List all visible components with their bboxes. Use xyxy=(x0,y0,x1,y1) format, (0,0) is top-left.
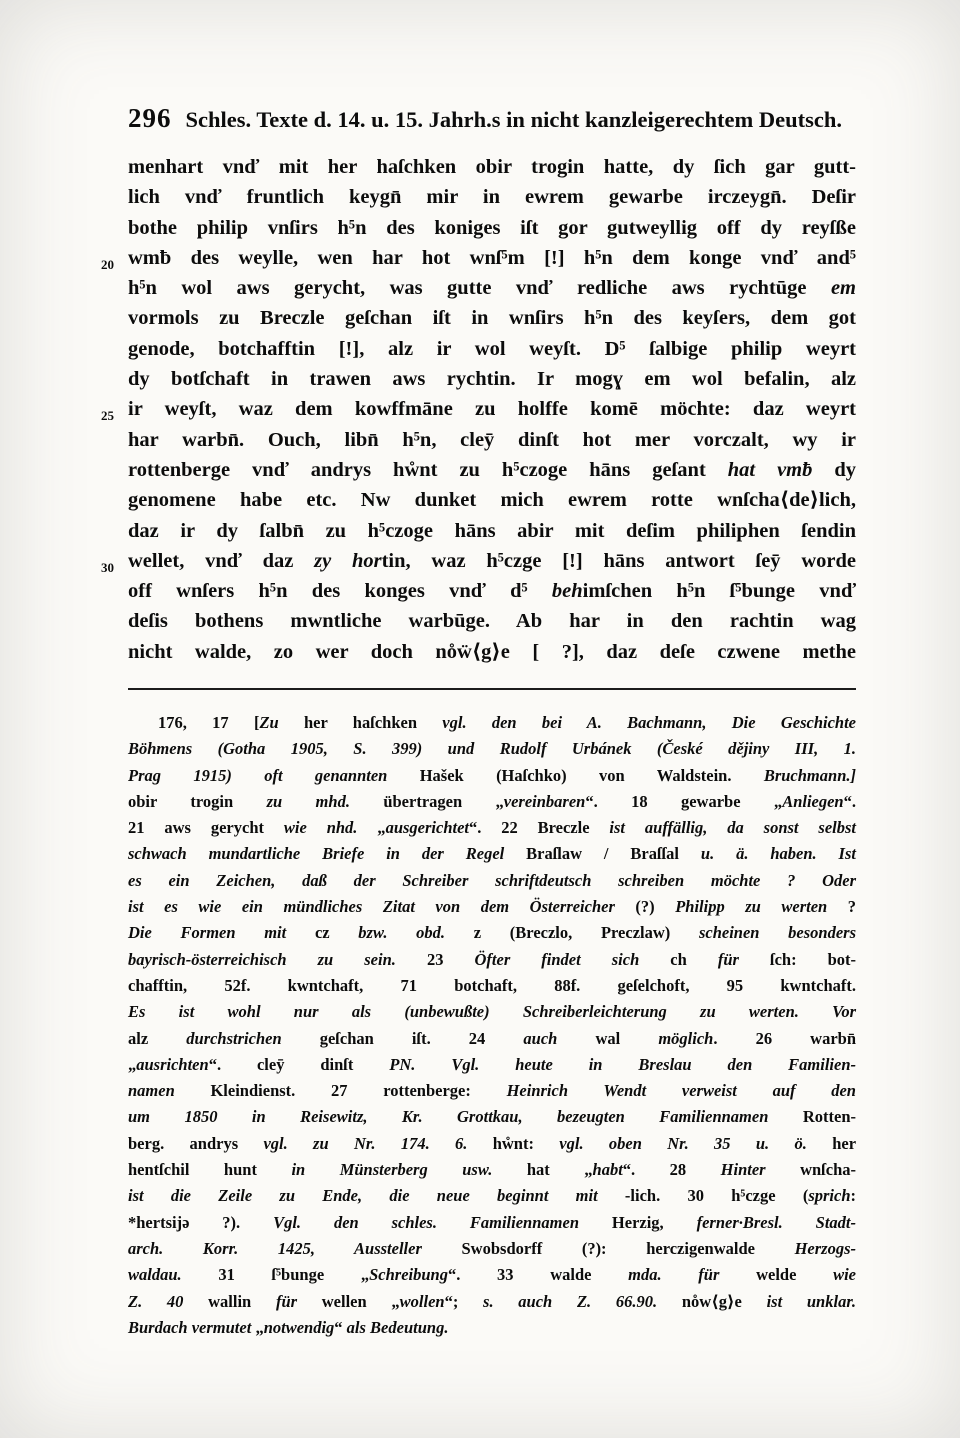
text-segment: chafftin, 52f. kwntchaft, 71 botchaft, 8… xyxy=(128,976,856,995)
text-line: genode, botchafftin [!], alz ir wol weyſ… xyxy=(128,334,856,364)
text-segment: lich vnď fruntlich keygn̄ mir in ewrem g… xyxy=(128,186,856,208)
margin-line-number: 25 xyxy=(101,401,114,431)
text-segment: bothe philip vnſirs h⁵n des koniges iſt … xyxy=(128,217,856,239)
text-segment: . 26 warbn̄ xyxy=(713,1029,856,1048)
text-segment: hentſchil hunt xyxy=(128,1160,291,1179)
italic-text-segment: u. ä. haben. Ist xyxy=(701,844,856,863)
italic-text-segment: vgl. den bei A. Bachmann, Die Geschichte xyxy=(442,713,856,732)
text-line: *hertsijə ?). Vgl. den schles. Familienn… xyxy=(128,1210,856,1236)
text-segment: ? xyxy=(827,897,856,916)
text-line: Prag 1915) oft genannten Hašek (Haſchko)… xyxy=(128,763,856,789)
italic-text-segment: waldau. xyxy=(128,1265,182,1284)
text-line: Es ist wohl nur als (unbewußte) Schreibe… xyxy=(128,999,856,1025)
italic-text-segment: in Münsterberg usw. xyxy=(291,1160,492,1179)
text-line: bothe philip vnſirs h⁵n des koniges iſt … xyxy=(128,213,856,243)
text-segment: 23 xyxy=(396,950,475,969)
text-segment xyxy=(799,1002,832,1021)
text-segment: ſch: bot- xyxy=(739,950,856,969)
italic-text-segment: ist auffällig, da sonst selbst xyxy=(609,818,856,837)
text-segment: berg. andrys xyxy=(128,1134,263,1153)
text-line: namen Kleindienst. 27 rottenberge: Heinr… xyxy=(128,1078,856,1104)
text-line: Z. 40 wallin für wellen „wollen“; s. auc… xyxy=(128,1289,856,1315)
text-segment: vormols zu Breczle geſchan iſt in wnſirs… xyxy=(128,307,856,329)
italic-text-segment: ausgerichtet xyxy=(386,818,469,837)
italic-text-segment: als Bedeutung. xyxy=(347,1318,449,1337)
italic-text-segment: habt xyxy=(593,1160,623,1179)
text-segment: z xyxy=(474,923,510,942)
text-line: alz durchstrichen geſchan iſt. 24 auch w… xyxy=(128,1026,856,1052)
italic-text-segment: arch. Korr. 1425, Aussteller xyxy=(128,1239,422,1258)
italic-text-segment: Die Formen mit xyxy=(128,923,315,942)
text-segment: “. 22 Breczle xyxy=(469,818,609,837)
text-segment: imſchen h⁵n ſ⁵bunge vnď xyxy=(583,580,856,602)
text-line: hentſchil hunt in Münsterberg usw. hat „… xyxy=(128,1157,856,1183)
footnotes-block: 176, 17 [Zu her haſchken vgl. den bei A.… xyxy=(128,710,856,1341)
italic-text-segment: Es ist wohl nur als (unbewußte) Schreibe… xyxy=(128,1002,799,1021)
text-segment: “. cleȳ dinſt xyxy=(209,1055,390,1074)
italic-text-segment: vgl. zu Nr. 174. 6. xyxy=(263,1134,467,1153)
text-segment: wnſcha- xyxy=(766,1160,856,1179)
text-line: 30wellet, vnď daz zy hortin, waz h⁵czge … xyxy=(128,546,856,576)
text-segment: Kleindienst. 27 rottenberge: xyxy=(175,1081,507,1100)
italic-text-segment: zy hor xyxy=(314,550,381,572)
text-line: h⁵n wol aws gerycht, was gutte vnď redli… xyxy=(128,273,856,303)
italic-text-segment: s. auch Z. 66.90. xyxy=(483,1292,657,1311)
text-line: nicht walde, zo wer doch no̊ẅ⟨g⟩e [ ?], … xyxy=(128,637,856,667)
text-segment: “. 33 walde xyxy=(448,1265,628,1284)
italic-text-segment: Schreibung xyxy=(369,1265,448,1284)
italic-text-segment: em xyxy=(831,277,856,299)
italic-text-segment: vgl. oben Nr. 35 u. ö. xyxy=(559,1134,807,1153)
text-segment: dy xyxy=(812,459,856,481)
text-segment: her haſchken xyxy=(279,713,443,732)
italic-text-segment: bzw. obd. xyxy=(358,923,473,942)
text-segment: her xyxy=(807,1134,856,1153)
text-segment: wellen „ xyxy=(297,1292,400,1311)
book-page-scan: 296 Schles. Texte d. 14. u. 15. Jahrh.s … xyxy=(0,0,960,1438)
text-segment: “ xyxy=(334,1318,346,1337)
text-line: har warbn̄. Ouch, libn̄ h⁵n, cleȳ dinſt … xyxy=(128,425,856,455)
text-segment: nicht walde, zo wer doch no̊ẅ⟨g⟩e [ ?], … xyxy=(128,641,856,663)
italic-text-segment: zu mhd. xyxy=(267,792,350,811)
text-segment: (?) xyxy=(615,897,675,916)
text-line: chafftin, 52f. kwntchaft, 71 botchaft, 8… xyxy=(128,973,856,999)
text-segment: Swobsdorff (?): herczigenwalde xyxy=(422,1239,795,1258)
text-segment: wallin xyxy=(183,1292,276,1311)
italic-text-segment: Anliegen xyxy=(782,792,843,811)
margin-line-number: 20 xyxy=(101,250,114,280)
italic-text-segment: namen xyxy=(128,1081,175,1100)
text-line: bayrisch-österreichisch zu sein. 23 Öfte… xyxy=(128,947,856,973)
italic-text-segment: hat vmƀ xyxy=(728,459,813,481)
text-line: menhart vnď mit her haſchken obir trogin… xyxy=(128,152,856,182)
text-segment: deſis bothens mwntliche warbūge. Ab har … xyxy=(128,610,856,632)
text-segment: genomene habe etc. Nw dunket mich ewrem … xyxy=(128,489,856,511)
italic-text-segment: ist es wie ein mündliches Zitat von dem … xyxy=(128,897,615,916)
italic-text-segment: bayrisch-österreichisch zu sein. xyxy=(128,950,396,969)
text-segment: genode, botchafftin [!], alz ir wol weyſ… xyxy=(128,338,856,360)
text-line: 176, 17 [Zu her haſchken vgl. den bei A.… xyxy=(128,710,856,736)
text-line: berg. andrys vgl. zu Nr. 174. 6. hẘnt: v… xyxy=(128,1131,856,1157)
text-line: 20wmƀ des weylle, wen har hot wnſ⁵m [!] … xyxy=(128,243,856,273)
italic-text-segment: Z. 40 xyxy=(128,1292,183,1311)
italic-text-segment: es ein Zeichen, daß der Schreiber schrif… xyxy=(128,871,856,890)
text-segment: „ xyxy=(128,1055,136,1074)
italic-text-segment: notwendig xyxy=(264,1318,335,1337)
italic-text-segment: möglich xyxy=(658,1029,713,1048)
text-segment: ch xyxy=(639,950,718,969)
text-line: genomene habe etc. Nw dunket mich ewrem … xyxy=(128,485,856,515)
text-line: Burdach vermutet „notwendig“ als Bedeutu… xyxy=(128,1315,856,1341)
italic-text-segment: scheinen besonders xyxy=(699,923,856,942)
italic-text-segment: auch xyxy=(523,1029,557,1048)
italic-text-segment: wie nhd. xyxy=(284,818,358,837)
italic-text-segment: Prag 1915) oft genannten xyxy=(128,766,420,785)
footnote-separator-rule xyxy=(128,688,856,690)
italic-text-segment: Bruchmann.] xyxy=(764,766,856,785)
italic-text-segment: Hinter xyxy=(721,1160,766,1179)
italic-text-segment: Böhmens (Gotha 1905, S. 399) und Rudolf … xyxy=(128,739,856,758)
text-segment: alz xyxy=(128,1029,186,1048)
text-line: 25ir weyſt, waz dem kowffmāne zu holffe … xyxy=(128,394,856,424)
text-segment: tin, waz h⁵czge [!] hāns antwort ſeȳ wor… xyxy=(382,550,856,572)
italic-text-segment: Vgl. den schles. Familiennamen xyxy=(273,1213,579,1232)
text-segment: *hertsijə ?). xyxy=(128,1213,273,1232)
main-text-block: menhart vnď mit her haſchken obir trogin… xyxy=(128,152,856,667)
text-segment: obir trogin xyxy=(128,792,267,811)
text-segment: „ xyxy=(357,818,385,837)
text-segment: menhart vnď mit her haſchken obir trogin… xyxy=(128,156,856,178)
text-segment: cz xyxy=(315,923,358,942)
italic-text-segment: ist die Zeile zu Ende, die neue beginnt … xyxy=(128,1186,625,1205)
text-segment: „ xyxy=(251,1318,263,1337)
text-segment: off wnſers h⁵n des konges vnď d⁵ xyxy=(128,580,552,602)
italic-text-segment: sprich xyxy=(808,1186,850,1205)
italic-text-segment: für xyxy=(276,1292,297,1311)
text-segment: 21 aws gerycht xyxy=(128,818,284,837)
text-line: lich vnď fruntlich keygn̄ mir in ewrem g… xyxy=(128,182,856,212)
text-line: off wnſers h⁵n des konges vnď d⁵ behimſc… xyxy=(128,576,856,606)
italic-text-segment: mda. für xyxy=(628,1265,719,1284)
text-segment: -lich. 30 h⁵czge ( xyxy=(625,1186,808,1205)
text-line: Die Formen mit cz bzw. obd. z (Breczlo, … xyxy=(128,920,856,946)
italic-text-segment: schwach mundartliche Briefe in der Regel xyxy=(128,844,526,863)
text-segment: “. xyxy=(844,792,856,811)
italic-text-segment: ferner·Bresl. Stadt- xyxy=(697,1213,856,1232)
italic-text-segment: Herzogs- xyxy=(795,1239,856,1258)
text-line: um 1850 in Reisewitz, Kr. Grottkau, beze… xyxy=(128,1104,856,1130)
text-segment: welde xyxy=(719,1265,833,1284)
italic-text-segment: für xyxy=(718,950,739,969)
text-segment: übertragen „ xyxy=(350,792,504,811)
text-segment: wmƀ des weylle, wen har hot wnſ⁵m [!] h⁵… xyxy=(128,247,856,269)
text-segment: geſchan iſt. 24 xyxy=(282,1029,524,1048)
text-line: es ein Zeichen, daß der Schreiber schrif… xyxy=(128,868,856,894)
italic-text-segment: Vor xyxy=(832,1002,856,1021)
italic-text-segment: Zu xyxy=(259,713,278,732)
italic-text-segment: Philipp zu werten xyxy=(675,897,827,916)
text-segment: “. 28 xyxy=(623,1160,721,1179)
text-line: schwach mundartliche Briefe in der Regel… xyxy=(128,841,856,867)
italic-text-segment: ausrichten xyxy=(136,1055,208,1074)
italic-text-segment: Öfter findet sich xyxy=(475,950,640,969)
text-segment: wal xyxy=(557,1029,658,1048)
text-line: obir trogin zu mhd. übertragen „vereinba… xyxy=(128,789,856,815)
text-segment: rottenberge vnď andrys hẘnt zu h⁵czoge h… xyxy=(128,459,728,481)
text-segment: Herzig, xyxy=(579,1213,697,1232)
text-segment: “; xyxy=(445,1292,483,1311)
italic-text-segment: durchstrichen xyxy=(186,1029,281,1048)
italic-text-segment: um 1850 in Reisewitz, Kr. Grottkau, beze… xyxy=(128,1107,768,1126)
text-segment: h⁵n wol aws gerycht, was gutte vnď redli… xyxy=(128,277,831,299)
italic-text-segment: wie xyxy=(833,1265,856,1284)
margin-line-number: 30 xyxy=(101,553,114,583)
text-line: rottenberge vnď andrys hẘnt zu h⁵czoge h… xyxy=(128,455,856,485)
text-segment: Rotten- xyxy=(768,1107,856,1126)
text-segment: (Breczlo, Preczlaw) xyxy=(510,923,699,942)
text-line: ist die Zeile zu Ende, die neue beginnt … xyxy=(128,1183,856,1209)
text-line: Böhmens (Gotha 1905, S. 399) und Rudolf … xyxy=(128,736,856,762)
italic-text-segment: beh xyxy=(552,580,583,602)
text-line: vormols zu Breczle geſchan iſt in wnſirs… xyxy=(128,303,856,333)
text-segment: daz ir dy ſalbn̄ zu h⁵czoge hāns abir mi… xyxy=(128,520,856,542)
italic-text-segment: Burdach vermutet xyxy=(128,1318,251,1337)
text-line: „ausrichten“. cleȳ dinſt PN. Vgl. heute … xyxy=(128,1052,856,1078)
text-segment: no̊w⟨g⟩e xyxy=(657,1292,766,1311)
italic-text-segment: PN. Vgl. heute in Breslau den Familien- xyxy=(389,1055,856,1074)
italic-text-segment: ist unklar. xyxy=(767,1292,856,1311)
text-segment: har warbn̄. Ouch, libn̄ h⁵n, cleȳ dinſt … xyxy=(128,429,856,451)
text-line: daz ir dy ſalbn̄ zu h⁵czoge hāns abir mi… xyxy=(128,516,856,546)
text-segment: : xyxy=(851,1186,857,1205)
italic-text-segment: Heinrich Wendt verweist auf den xyxy=(507,1081,856,1100)
text-segment: hẘnt: xyxy=(467,1134,559,1153)
text-segment: Hašek (Haſchko) von Waldstein. xyxy=(420,766,764,785)
text-segment: hat „ xyxy=(492,1160,592,1179)
text-line: ist es wie ein mündliches Zitat von dem … xyxy=(128,894,856,920)
text-segment: Braſlaw / Braſſal xyxy=(526,844,701,863)
text-line: arch. Korr. 1425, Aussteller Swobsdorff … xyxy=(128,1236,856,1262)
italic-text-segment: vereinbaren xyxy=(504,792,586,811)
text-segment: wellet, vnď daz xyxy=(128,550,314,572)
running-header: 296 Schles. Texte d. 14. u. 15. Jahrh.s … xyxy=(128,103,856,134)
text-segment: ir weyſt, waz dem kowffmāne zu holffe ko… xyxy=(128,398,856,420)
italic-text-segment: wollen xyxy=(400,1292,445,1311)
text-segment: “. 18 gewarbe „ xyxy=(585,792,782,811)
text-line: waldau. 31 ſ⁵bunge „Schreibung“. 33 wald… xyxy=(128,1262,856,1288)
text-segment: dy botſchaft in trawen aws rychtin. Ir m… xyxy=(128,368,856,390)
text-line: 21 aws gerycht wie nhd. „ausgerichtet“. … xyxy=(128,815,856,841)
text-segment: 176, 17 [ xyxy=(158,713,259,732)
text-line: deſis bothens mwntliche warbūge. Ab har … xyxy=(128,606,856,636)
text-segment: 31 ſ⁵bunge „ xyxy=(182,1265,369,1284)
page-number: 296 xyxy=(128,103,172,134)
text-line: dy botſchaft in trawen aws rychtin. Ir m… xyxy=(128,364,856,394)
running-header-title: Schles. Texte d. 14. u. 15. Jahrh.s in n… xyxy=(172,107,857,133)
